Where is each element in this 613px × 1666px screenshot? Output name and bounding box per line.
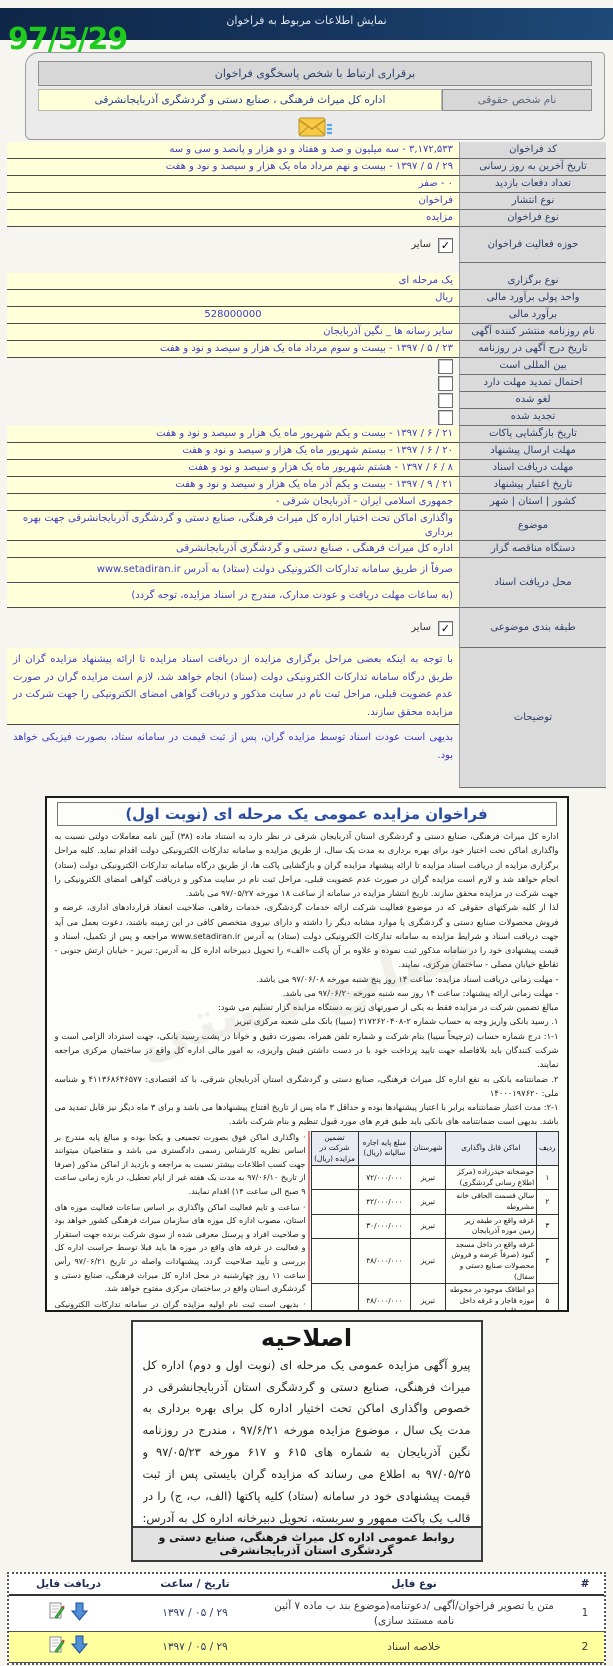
row-validity-date: تاریخ اعتبار پیشنهاد۲۱ / ۹ / ۱۳۹۷ - بیست… xyxy=(7,477,606,494)
row-classification: طبقه بندی موضوعی ✓ سایر xyxy=(7,608,606,648)
row-visit-count: تعداد دفعات بازدید۰ - صفر xyxy=(7,176,606,193)
row-publish-type: نوع انتشارفراخوان xyxy=(7,193,606,210)
column-file-type: نوع فایل xyxy=(262,1574,566,1595)
call-details-form: کد فراخوان۳,۱۷۲,۵۳۳ - سه میلیون و صد و ه… xyxy=(7,142,606,788)
row-location: کشور | استان | شهرجمهوری اسلامی ایران - … xyxy=(7,494,606,511)
row-extension: احتمال تمدید مهلت دارد xyxy=(7,375,606,392)
download-icon[interactable] xyxy=(71,1635,88,1659)
scan-artifact-line xyxy=(308,1131,310,1281)
row-receive-deadline: مهلت دریافت اسناد۸ / ۶ / ۱۳۹۷ - هشتم شهر… xyxy=(7,460,606,477)
ad-deadline-offer: - مهلت زمانی ارائه پیشنهاد: ساعت ۱۴ روز … xyxy=(55,986,559,1000)
ad-deadline-docs: - مهلت زمانی دریافت اسناد مزایده: ساعت ۱… xyxy=(55,972,559,986)
row-international: بین المللی است xyxy=(7,358,606,375)
ad-places-table: ردیف اماکن قابل واگذاری شهرستان مبلغ پای… xyxy=(311,1131,559,1312)
row-renewed: تجدید شده xyxy=(7,409,606,426)
classification-checkbox-label: سایر xyxy=(411,621,431,635)
ad-table-row: ۴ غرفه واقع در داخل مسجد کبود (صرفاً عرض… xyxy=(311,1238,558,1283)
scanned-auction-ad: صنایع دستی فراخوان مزایده عمومی یک مرحله… xyxy=(45,796,569,1312)
row-estimate: برآورد مالی528000000 xyxy=(7,307,606,324)
attachment-row: 1 متن یا تصویر فراخوان/آگهی /دعوتنامه(مو… xyxy=(9,1595,604,1632)
row-call-code: کد فراخوان۳,۱۷۲,۵۳۳ - سه میلیون و صد و ه… xyxy=(7,142,606,159)
activity-checkbox[interactable]: ✓ xyxy=(438,238,453,253)
correction-title: اصلاحیه xyxy=(133,1322,481,1353)
correction-body: پیرو آگهی مزایده عمومی یک مرحله ای (نوبت… xyxy=(143,1355,471,1526)
edit-file-icon[interactable] xyxy=(49,1636,65,1659)
ad-table-row: ۳ غرفه واقع در طبقه زیر زمین موزه آذربای… xyxy=(311,1214,558,1238)
contact-box: برقراری ارتباط با شخص پاسخگوی فراخوان نا… xyxy=(25,52,605,140)
ad-guarantee-item-2: ۲. ضمانتنامه بانکی به نفع اداره کل میراث… xyxy=(55,1072,559,1101)
email-envelope-icon[interactable] xyxy=(297,115,333,143)
column-download: دریافت فایل xyxy=(9,1574,128,1595)
date-stamp: 97/5/29 xyxy=(8,22,127,57)
row-activity-field: حوزه فعالیت فراخوان ✓ سایر xyxy=(7,227,606,263)
doc-location-line1: صرفاً از طریق سامانه تدارکات الکترونیکی … xyxy=(7,558,459,583)
row-submit-deadline: مهلت ارسال پیشنهاد۲۰ / ۶ / ۱۳۹۷ - بیستم … xyxy=(7,443,606,460)
doc-location-line2: (به ساعات مهلت دریافت و عودت مدارک، مندر… xyxy=(7,583,459,609)
ad-guarantee-item-2-1: ۲-۱: مدت اعتبار ضمانتنامه برابر با اعتبا… xyxy=(55,1100,559,1129)
row-canceled: لغو شده xyxy=(7,392,606,409)
ad-paragraph: اداره کل میراث فرهنگی، صنایع دستی و گردش… xyxy=(55,829,559,900)
contact-header-button[interactable]: برقراری ارتباط با شخص پاسخگوی فراخوان xyxy=(38,61,592,86)
classification-checkbox[interactable]: ✓ xyxy=(438,621,453,636)
ad-note: بدیهی است ثبت نام اولیه مزایده گران در س… xyxy=(55,1298,306,1312)
ad-guarantee-intro: مبالغ تضمین شرکت در مزایده فقط به یکی از… xyxy=(55,1000,559,1014)
ad-guarantee-item-1: ۱. رسید بانکی واریز وجه به حساب شماره ۲-… xyxy=(55,1014,559,1028)
ad-note: واگذاری اماکن فوق بصورت تجمیعی و یکجا بو… xyxy=(55,1131,306,1199)
activity-checkbox-label: سایر xyxy=(411,238,431,252)
ad-table-header-row: ردیف اماکن قابل واگذاری شهرستان مبلغ پای… xyxy=(311,1131,558,1166)
row-doc-location: محل دریافت اسناد صرفاً از طریق سامانه تد… xyxy=(7,558,606,608)
row-ad-date: تاریخ درج آگهی در روزنامه۲۳ / ۵ / ۱۳۹۷ -… xyxy=(7,341,606,358)
edit-file-icon[interactable] xyxy=(49,1602,65,1625)
notes-paragraph-1: با توجه به اینکه بعضی مراحل برگزاری مزای… xyxy=(7,648,459,725)
row-call-type: نوع فراخوانمزایده xyxy=(7,210,606,227)
attachment-row: 2 خلاصه اسناد ۲۹ / ۰۵ / ۱۳۹۷ xyxy=(9,1632,604,1663)
row-currency: واحد پولی برآورد مالیریال xyxy=(7,290,606,307)
ad-table-row: ۲ سالن قسمت الحاقی خانه مشروطه تبریز ۴۲/… xyxy=(311,1190,558,1214)
notes-paragraph-2: بدیهی است عودت اسناد توسط مزایده گران، پ… xyxy=(7,725,459,764)
row-notes: توضیحات با توجه به اینکه بعضی مراحل برگز… xyxy=(7,648,606,788)
row-last-update: تاریخ آخرین به روز رسانی۲۹ / ۵ / ۱۳۹۷ - … xyxy=(7,159,606,176)
correction-notice: اصلاحیه پیرو آگهی مزایده عمومی یک مرحله … xyxy=(131,1320,483,1562)
row-newspaper: نام روزنامه منتشر کننده آگهیسایر رسانه ه… xyxy=(7,324,606,341)
ad-paragraph: لذا از کلیه شرکتهای حقوقی که در موضوع فع… xyxy=(55,900,559,971)
row-hold-type: نوع برگزارییک مرحله ای xyxy=(7,273,606,290)
row-spacer xyxy=(7,263,606,273)
extension-checkbox[interactable] xyxy=(438,376,453,391)
column-datetime: تاریخ / ساعت xyxy=(128,1574,262,1595)
renewed-checkbox[interactable] xyxy=(438,410,453,425)
correction-footer: روابط عمومی اداره کل میراث فرهنگی، صنایع… xyxy=(133,1526,481,1560)
ad-table-row: ۱ حوضخانه حیدرزاده (مرکز اطلاع رسانی گرد… xyxy=(311,1166,558,1190)
canceled-checkbox[interactable] xyxy=(438,393,453,408)
legal-person-label: نام شخص حقوقی xyxy=(442,89,592,111)
ad-guarantee-item-1-1: ۱-۱: درج شماره حساب (ترجیحاً سیبا) بنام … xyxy=(55,1029,559,1072)
page-title: نمایش اطلاعات مربوط به فراخوان xyxy=(226,14,386,27)
international-checkbox[interactable] xyxy=(438,359,453,374)
call-info-page: نمایش اطلاعات مربوط به فراخوان 97/5/29 ب… xyxy=(0,0,613,1666)
legal-person-field: اداره کل میراث فرهنگی ، صنایع دستی و گرد… xyxy=(38,89,442,111)
ad-title: فراخوان مزایده عمومی یک مرحله ای (نوبت ا… xyxy=(57,802,557,826)
attachments-header-row: # نوع فایل تاریخ / ساعت دریافت فایل xyxy=(9,1574,604,1595)
column-number: # xyxy=(566,1574,604,1595)
ad-note: ساعت و تایم فعالیت اماکن واگذاری بر اساس… xyxy=(55,1201,306,1296)
row-subject: موضوعواگذاری اماکن تحت اختیار اداره کل م… xyxy=(7,511,606,541)
row-agency: دستگاه مناقصه گزاراداره کل میراث فرهنگی … xyxy=(7,541,606,558)
row-opening-date: تاریخ بازگشایی پاکات۲۱ / ۶ / ۱۳۹۷ - بیست… xyxy=(7,426,606,443)
attachments-table: # نوع فایل تاریخ / ساعت دریافت فایل 1 مت… xyxy=(7,1572,606,1665)
download-icon[interactable] xyxy=(71,1602,88,1626)
ad-table-row: ۵ دو اطاقک موجود در محوطه موزه قاجار و غ… xyxy=(311,1284,558,1312)
